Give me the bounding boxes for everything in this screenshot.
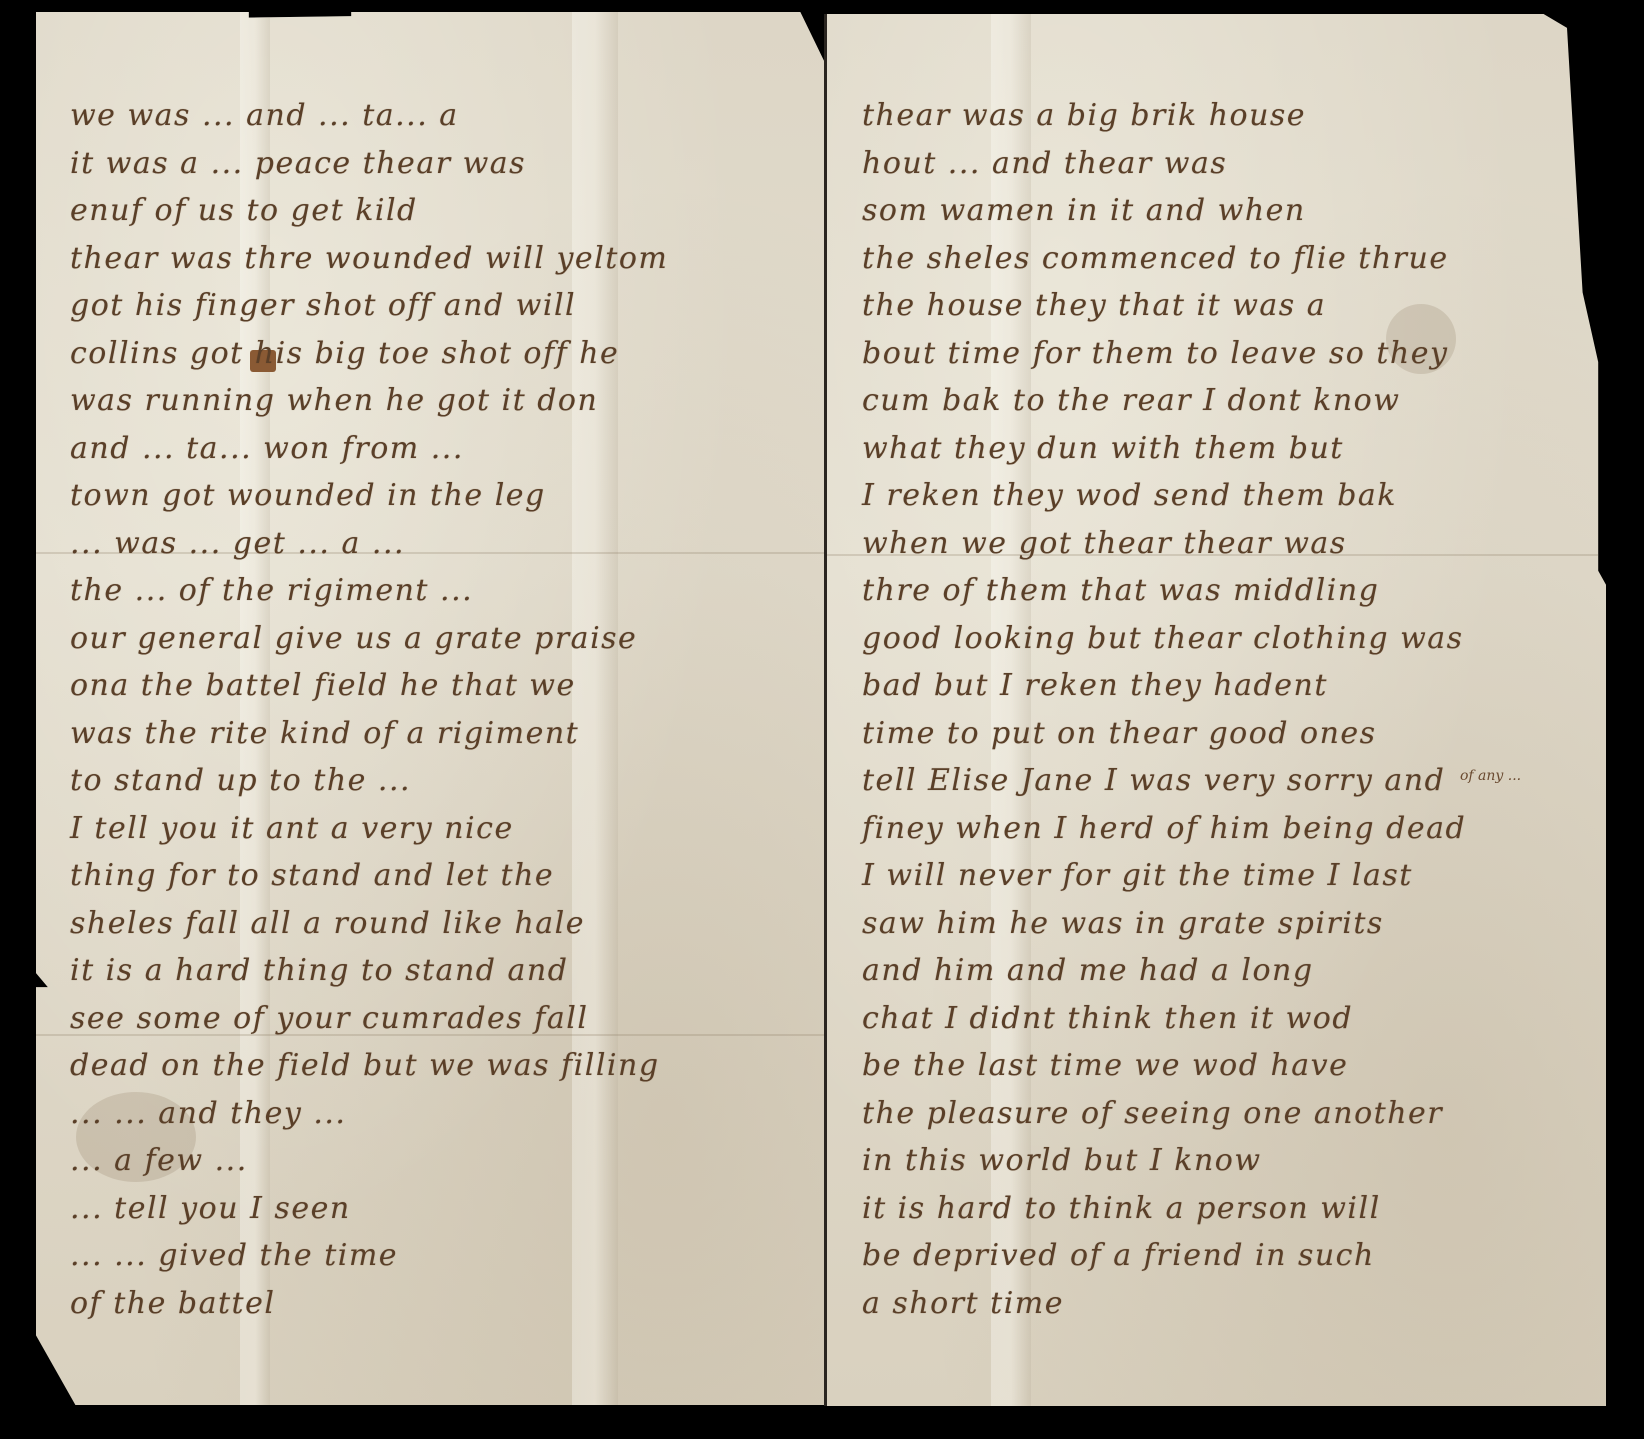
text-line: to stand up to the ... <box>70 757 810 805</box>
text-line: sheles fall all a round like hale <box>70 900 810 948</box>
text-line: got his finger shot off and will <box>70 282 810 330</box>
text-line: thear was a big brik house <box>862 92 1602 140</box>
text-line: finey when I herd of him being dead <box>862 805 1602 853</box>
text-line: dead on the field but we was filling <box>70 1042 810 1090</box>
text-line: the house they that it was a <box>862 282 1602 330</box>
text-line: was the rite kind of a rigiment <box>70 710 810 758</box>
text-line: I reken they wod send them bak <box>862 472 1602 520</box>
text-line: in this world but I know <box>862 1137 1602 1185</box>
right-page-text: thear was a big brik house hout ... and … <box>862 92 1602 1327</box>
text-line: I will never for git the time I last <box>862 852 1602 900</box>
text-line: ... was ... get ... a ... <box>70 520 810 568</box>
text-line: ... tell you I seen <box>70 1185 810 1233</box>
marginal-note: of any ... <box>1460 768 1521 784</box>
text-line: it was a ... peace thear was <box>70 140 810 188</box>
text-line: the sheles commenced to flie thrue <box>862 235 1602 283</box>
text-line: chat I didnt think then it wod <box>862 995 1602 1043</box>
text-line: ... ... and they ... <box>70 1090 810 1138</box>
text-line: saw him he was in grate spirits <box>862 900 1602 948</box>
text-line: see some of your cumrades fall <box>70 995 810 1043</box>
text-line: when we got thear thear was <box>862 520 1602 568</box>
text-line: was running when he got it don <box>70 377 810 425</box>
text-line: som wamen in it and when <box>862 187 1602 235</box>
text-line: town got wounded in the leg <box>70 472 810 520</box>
text-line: cum bak to the rear I dont know <box>862 377 1602 425</box>
text-line: collins got his big toe shot off he <box>70 330 810 378</box>
text-line: and him and me had a long <box>862 947 1602 995</box>
text-line: we was ... and ... ta... a <box>70 92 810 140</box>
text-line: time to put on thear good ones <box>862 710 1602 758</box>
text-line: the pleasure of seeing one another <box>862 1090 1602 1138</box>
text-line: hout ... and thear was <box>862 140 1602 188</box>
text-line: bout time for them to leave so they <box>862 330 1602 378</box>
text-line: ... ... gived the time <box>70 1232 810 1280</box>
text-line: be deprived of a friend in such <box>862 1232 1602 1280</box>
text-line: thing for to stand and let the <box>70 852 810 900</box>
text-line: the ... of the rigiment ... <box>70 567 810 615</box>
left-page-text: we was ... and ... ta... a it was a ... … <box>70 92 810 1327</box>
text-line: enuf of us to get kild <box>70 187 810 235</box>
text-line: our general give us a grate praise <box>70 615 810 663</box>
text-line: a short time <box>862 1280 1602 1328</box>
center-fold-line <box>824 14 827 1406</box>
text-line: thear was thre wounded will yeltom <box>70 235 810 283</box>
text-line: what they dun with them but <box>862 425 1602 473</box>
text-line: of the battel <box>70 1280 810 1328</box>
text-line: good looking but thear clothing was <box>862 615 1602 663</box>
text-line: ... a few ... <box>70 1137 810 1185</box>
text-line: be the last time we wod have <box>862 1042 1602 1090</box>
text-line: bad but I reken they hadent <box>862 662 1602 710</box>
text-line: ona the battel field he that we <box>70 662 810 710</box>
text-line: it is a hard thing to stand and <box>70 947 810 995</box>
text-line: and ... ta... won from ... <box>70 425 810 473</box>
text-line: thre of them that was middling <box>862 567 1602 615</box>
text-line: it is hard to think a person will <box>862 1185 1602 1233</box>
text-line: I tell you it ant a very nice <box>70 805 810 853</box>
